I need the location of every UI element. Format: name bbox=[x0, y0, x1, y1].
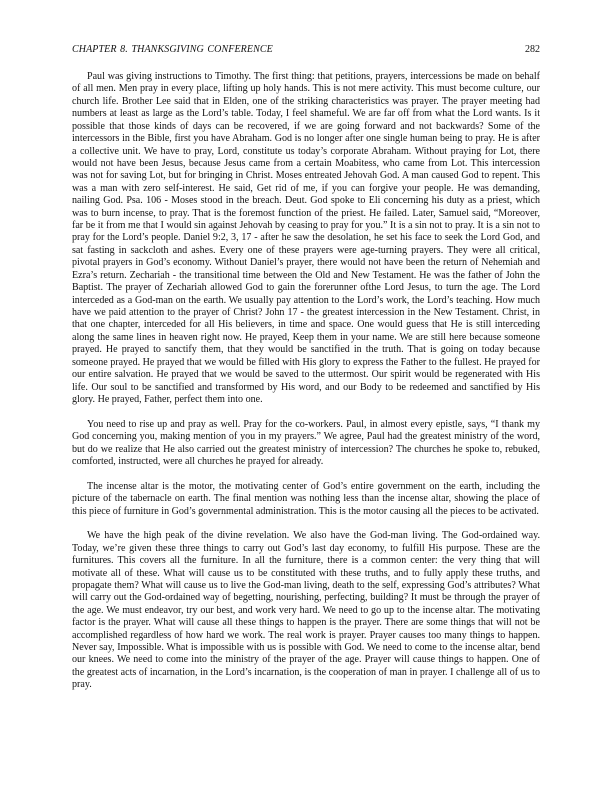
running-header: CHAPTER 8. THANKSGIVING CONFERENCE 282 bbox=[72, 43, 540, 57]
paragraph-intercessors: Paul was giving instructions to Timothy.… bbox=[72, 71, 540, 406]
paragraph-incense-altar: The incense altar is the motor, the moti… bbox=[72, 481, 540, 518]
page-number: 282 bbox=[525, 43, 540, 57]
body-text: Paul was giving instructions to Timothy.… bbox=[72, 71, 540, 704]
paragraph-prayer-of-the-age: We have the high peak of the divine reve… bbox=[72, 530, 540, 691]
chapter-title: CHAPTER 8. THANKSGIVING CONFERENCE bbox=[72, 43, 273, 57]
paragraph-coworkers: You need to rise up and pray as well. Pr… bbox=[72, 419, 540, 469]
